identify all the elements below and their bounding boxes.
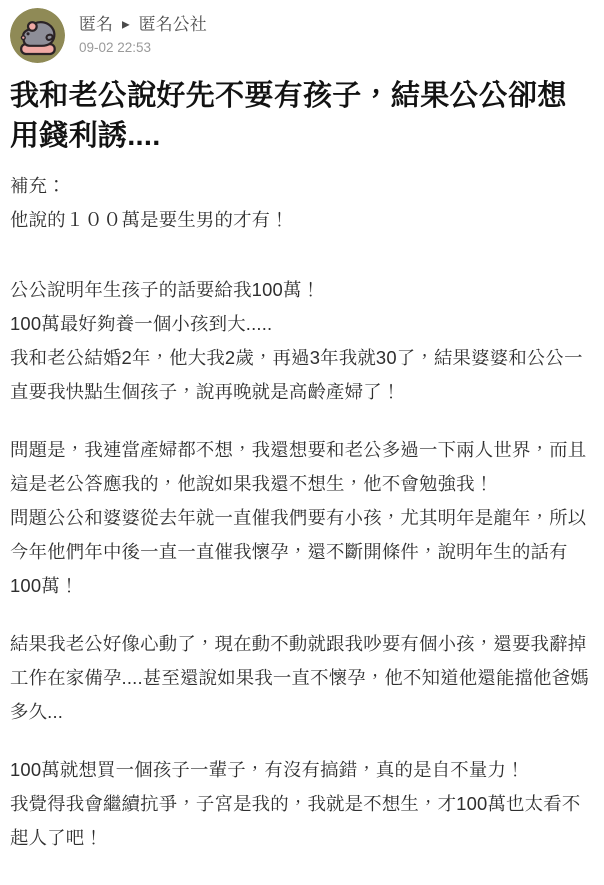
author-name: 匿名 bbox=[79, 15, 113, 35]
post-header: 匿名 ▶ 匿名公社 09-02 22:53 bbox=[10, 8, 594, 63]
post-paragraph: 公公說明年生孩子的話要給我100萬！ bbox=[10, 273, 594, 307]
post-paragraph: 100萬就想買一個孩子一輩子，有沒有搞錯，真的是自不量力！ bbox=[10, 753, 594, 787]
mouse-avatar-icon bbox=[10, 8, 65, 63]
post-paragraph: 我覺得我會繼續抗爭，子宮是我的，我就是不想生，才100萬也太看不起人了吧！ bbox=[10, 787, 594, 855]
breadcrumb: 匿名 ▶ 匿名公社 bbox=[79, 15, 207, 35]
avatar[interactable] bbox=[10, 8, 65, 63]
community-link[interactable]: 匿名公社 bbox=[139, 15, 207, 35]
chevron-right-icon: ▶ bbox=[122, 19, 130, 31]
post-body: 補充： 他說的１００萬是要生男的才有！ 公公說明年生孩子的話要給我100萬！ 1… bbox=[10, 169, 594, 855]
post-paragraph: 問題是，我連當產婦都不想，我還想要和老公多過一下兩人世界，而且這是老公答應我的，… bbox=[10, 433, 594, 501]
post-paragraph: 100萬最好夠養一個小孩到大..... bbox=[10, 307, 594, 341]
post-paragraph: 我和老公結婚2年，他大我2歲，再過3年我就30了，結果婆婆和公公一直要我快點生個… bbox=[10, 341, 594, 409]
post-paragraph: 問題公公和婆婆從去年就一直催我們要有小孩，尤其明年是龍年，所以今年他們年中後一直… bbox=[10, 501, 594, 603]
post-paragraph: 他說的１００萬是要生男的才有！ bbox=[10, 203, 594, 237]
header-meta: 匿名 ▶ 匿名公社 09-02 22:53 bbox=[79, 15, 207, 57]
post-title: 我和老公說好先不要有孩子，結果公公卻想用錢利誘.... bbox=[10, 76, 594, 156]
post-paragraph: 結果我老公好像心動了，現在動不動就跟我吵要有個小孩，還要我辭掉工作在家備孕...… bbox=[10, 627, 594, 729]
post-timestamp: 09-02 22:53 bbox=[79, 40, 207, 56]
page: 匿名 ▶ 匿名公社 09-02 22:53 我和老公說好先不要有孩子，結果公公卻… bbox=[0, 0, 604, 885]
post: 匿名 ▶ 匿名公社 09-02 22:53 我和老公說好先不要有孩子，結果公公卻… bbox=[0, 0, 604, 885]
post-paragraph: 補充： bbox=[10, 169, 594, 203]
